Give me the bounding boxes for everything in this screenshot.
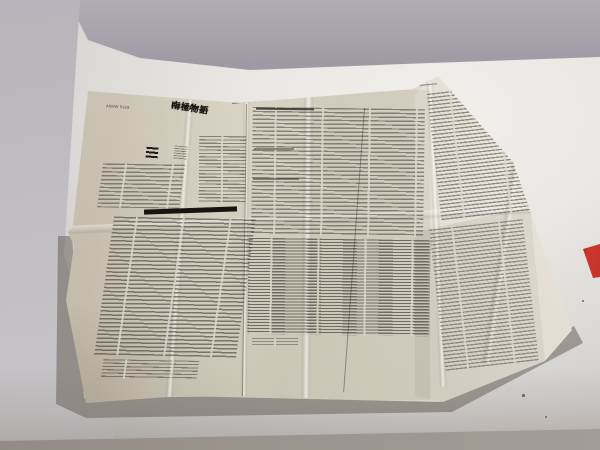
program-listing-text: [247, 238, 430, 337]
body-text-left-upper-column: [199, 136, 247, 202]
footer-credits-text: [101, 359, 199, 380]
body-text-right-lower: [429, 219, 538, 371]
dust-speck-2: [582, 300, 584, 302]
body-text-right-upper: [427, 83, 537, 221]
dust-speck-1: [522, 394, 525, 397]
listing-tail-text: [252, 338, 298, 346]
publisher-logo: [146, 147, 177, 162]
dust-speck-3: [545, 416, 547, 418]
logo-side-text: [173, 145, 187, 160]
red-object: [578, 242, 600, 280]
body-text-left-top: [97, 163, 185, 208]
photo-scene: A5MW 5326 南極物語 FM-7/FM-8: [0, 0, 600, 450]
body-text-left-main: [94, 217, 255, 358]
table-surface-top: [0, 0, 600, 72]
logo-mark-2: [146, 147, 158, 159]
section-heading-bar-2: [254, 148, 294, 150]
body-text-center-upper: [251, 107, 425, 237]
section-heading-bar-3: [253, 178, 299, 180]
